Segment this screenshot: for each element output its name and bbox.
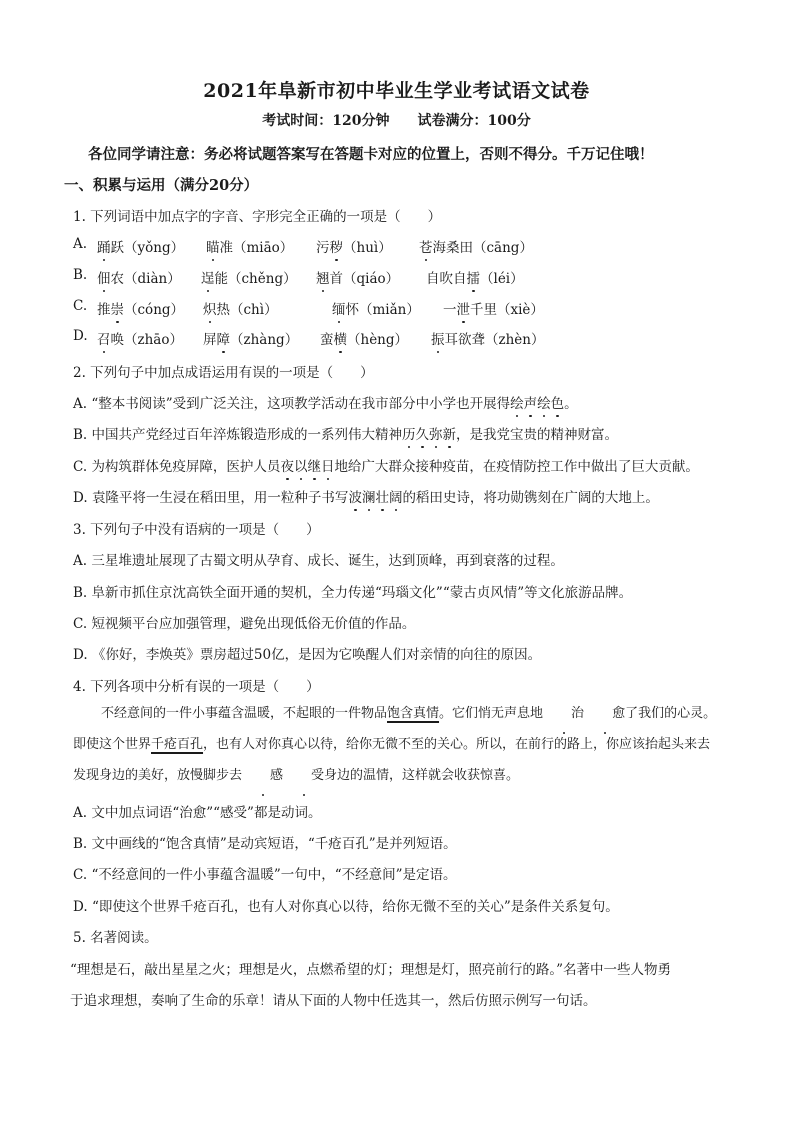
q1-item: 翘首（qiáo） (316, 267, 399, 287)
q1-stem: 1. 下列词语中加点字的字音、字形完全正确的一项是（ ） (73, 205, 441, 225)
exam-time: 考试时间：120分钟 (262, 113, 389, 129)
full-score: 试卷满分：100分 (418, 113, 531, 129)
q1-item: 自吹自擂（léi） (426, 267, 524, 287)
notice: 各位同学请注意：务必将试题答案写在答题卡对应的位置上，否则不得分。千万记住哦！ (88, 143, 728, 164)
q3-option-a: A. 三星堆遗址展现了古蜀文明从孕育、成长、诞生，达到顶峰，再到衰落的过程。 (73, 549, 564, 569)
exam-info: 考试时间：120分钟试卷满分：100分 (0, 110, 793, 130)
dotted-idiom: 历久弥新 (402, 427, 456, 443)
q1-item: 屏障（zhàng） (203, 328, 298, 348)
q4-option-d: D. “即使这个世界千疮百孔，也有人对你真心以待，给你无微不至的关心”是条件关系… (73, 895, 619, 915)
dotted-word: 感受 (242, 768, 324, 783)
option-label: B. (73, 267, 87, 283)
q3-stem: 3. 下列句子中没有语病的一项是（ ） (73, 518, 320, 538)
q1-item: 一泄千里（xiè） (443, 298, 544, 318)
q4-option-b: B. 文中画线的“饱含真情”是动宾短语，“千疮百孔”是并列短语。 (73, 832, 457, 852)
q1-item: 召唤（zhāo） (97, 328, 183, 348)
q1-item: 佃农（diàn） (97, 267, 181, 287)
q5-text-line-2: 于追求理想，奏响了生命的乐章！请从下面的人物中任选其一，然后仿照示例写一句话。 (70, 989, 597, 1009)
q2-option-c: C. 为构筑群体免疫屏障，医护人员夜以继日地给广大群众接种疫苗，在疫情防控工作中… (73, 455, 699, 475)
exam-page: 2021年阜新市初中毕业生学业考试语文试卷 考试时间：120分钟试卷满分：100… (0, 0, 793, 1122)
q4-stem: 4. 下列各项中分析有误的一项是（ ） (73, 675, 320, 695)
underlined-phrase: 饱含真情 (387, 706, 439, 721)
q1-item: 瞄准（miāo） (206, 236, 293, 256)
section-heading: 一、积累与运用（满分20分） (64, 174, 258, 195)
underlined-phrase: 千疮百孔 (151, 737, 203, 752)
q1-item: 蛮横（hèng） (320, 328, 408, 348)
q4-option-a: A. 文中加点词语“治愈”“感受”都是动词。 (73, 801, 321, 821)
q2-option-a: A. “整本书阅读”受到广泛关注，这项教学活动在我市部分中小学也开展得绘声绘色。 (73, 392, 578, 412)
q1-item: 污秽（huì） (316, 236, 392, 256)
option-label: C. (73, 298, 87, 314)
q5-stem: 5. 名著阅读。 (73, 926, 158, 946)
q1-item: 振耳欲聋（zhèn） (431, 328, 545, 348)
q1-item: 缅怀（miǎn） (332, 298, 420, 318)
q3-option-d: D. 《你好，李焕英》票房超过50亿，是因为它唤醒人们对亲情的向往的原因。 (73, 643, 541, 663)
q3-option-c: C. 短视频平台应加强管理，避免出现低俗无价值的作品。 (73, 612, 415, 632)
page-title: 2021年阜新市初中毕业生学业考试语文试卷 (0, 76, 793, 103)
dotted-idiom: 绘声绘色 (510, 396, 564, 412)
q5-text-line-1: “理想是石，敲出星星之火；理想是火，点燃希望的灯；理想是灯，照亮前行的路。”名著… (70, 958, 671, 978)
option-label: D. (73, 328, 88, 344)
dotted-idiom: 夜以继日 (280, 459, 334, 475)
q1-item: 苍海桑田（cāng） (419, 236, 533, 256)
q4-option-c: C. “不经意间的一件小事蕴含温暖”一句中，“不经意间”是定语。 (73, 863, 457, 883)
q1-item: 踊跃（yǒng） (97, 236, 184, 256)
q4-passage: 不经意间的一件小事蕴含温暖，不起眼的一件物品饱含真情。它们悄无声息地治愈了我们的… (73, 698, 723, 791)
dotted-word: 治愈 (543, 706, 625, 721)
q2-option-d: D. 袁隆平将一生浸在稻田里，用一粒种子书写波澜壮阔的稻田史诗，将功勋镌刻在广阔… (73, 486, 659, 506)
q2-stem: 2. 下列句子中加点成语运用有误的一项是（ ） (73, 361, 374, 381)
dotted-idiom: 波澜壮阔 (348, 490, 402, 506)
q1-item: 炽热（chì） (203, 298, 278, 318)
q2-option-b: B. 中国共产党经过百年淬炼锻造形成的一系列伟大精神历久弥新，是我党宝贵的精神财… (73, 423, 618, 443)
option-label: A. (73, 236, 87, 252)
q3-option-b: B. 阜新市抓住京沈高铁全面开通的契机，全力传递“玛瑙文化”“蒙古贞风情”等文化… (73, 581, 632, 601)
q1-item: 逞能（chěng） (201, 267, 297, 287)
q1-item: 推崇（cóng） (97, 298, 184, 318)
